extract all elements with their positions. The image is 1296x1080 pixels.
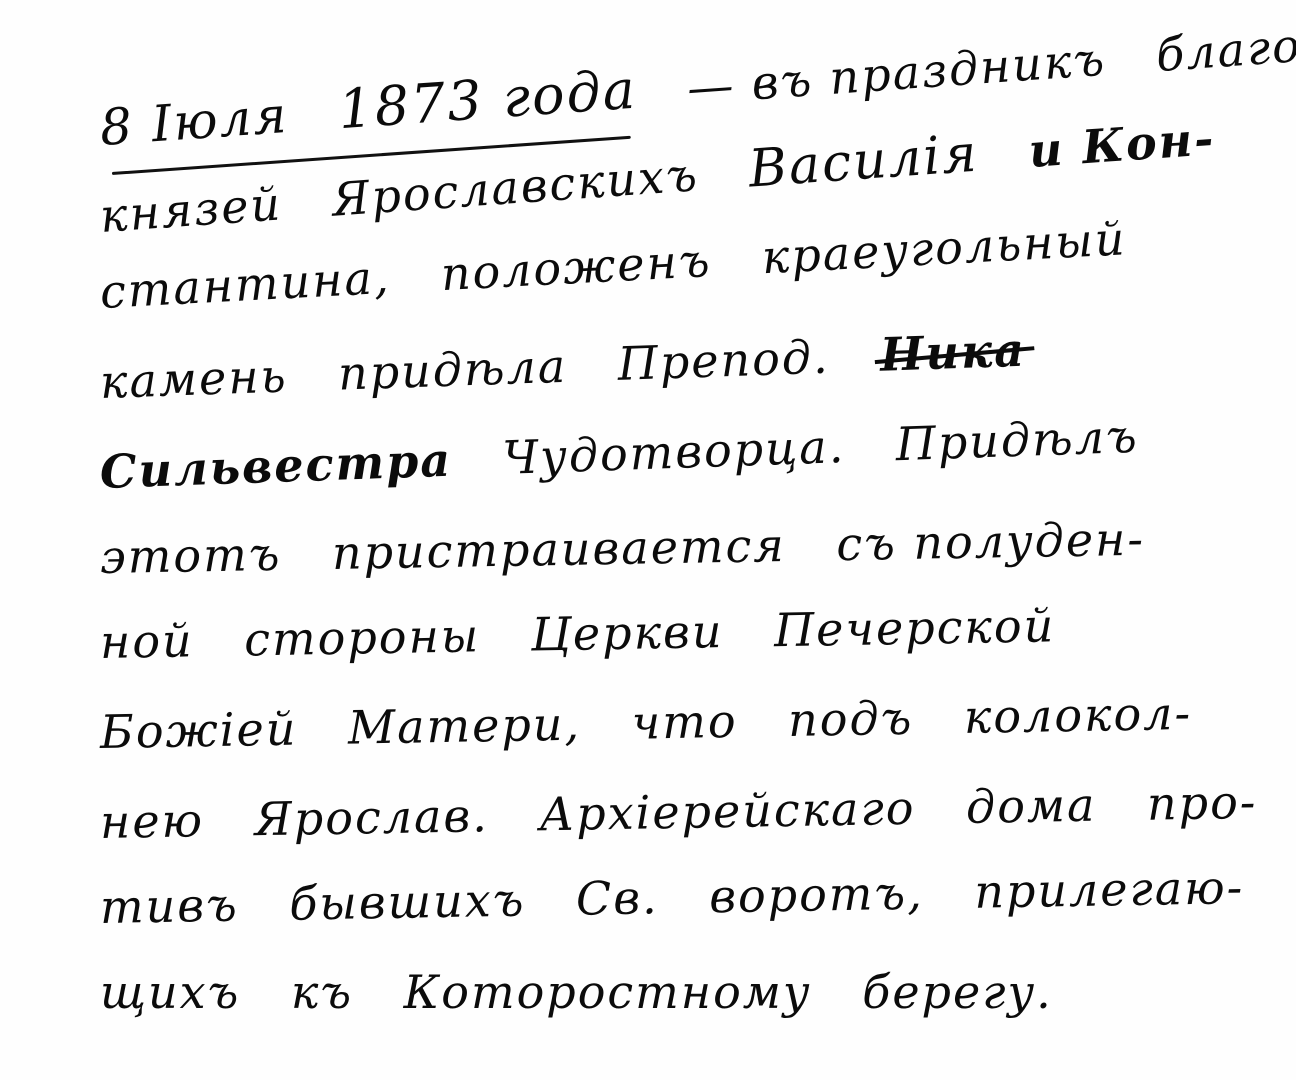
manuscript-line-8: Божіей Матери, что подъ колокол- [100, 685, 1227, 759]
manuscript-line-10: тивъ бывшихъ Св. воротъ, прилегаю- [100, 859, 1279, 934]
line-word: камень [99, 348, 288, 409]
line-word: Чудотворца. [502, 419, 846, 485]
line-word: Сильвестра [99, 433, 453, 499]
line-word: 1873 года [336, 58, 638, 142]
struck-word: Ника [879, 323, 1027, 382]
line-word: дома [966, 778, 1097, 834]
line-word: придѣла [337, 339, 568, 401]
line-word: положенъ [439, 233, 712, 301]
line-word: Св. [576, 870, 660, 925]
line-word: тивъ [100, 878, 240, 934]
line-word: Печерской [774, 598, 1056, 657]
line-word: Ярослав. [254, 788, 489, 846]
line-word: ной [100, 613, 195, 669]
manuscript-line-11: щихъ къ Которостному берегу. [100, 965, 1087, 1019]
manuscript-line-7: ной стороны Церкви Печерской [100, 598, 1090, 669]
line-word: про- [1147, 775, 1258, 831]
line-word: пристраивается [331, 518, 786, 580]
line-word: благов: [1154, 15, 1296, 82]
manuscript-line-6: этотъ пристраивается съ полуден- [100, 511, 1180, 584]
line-word: что [631, 694, 738, 750]
manuscript-line-4: камень придѣла Препод. Ника [99, 321, 1061, 408]
line-word: нею [100, 793, 205, 849]
line-word: стантина, [99, 250, 392, 319]
line-word: Матери, [347, 697, 581, 755]
line-word: этотъ [100, 527, 282, 584]
line-word: бывшихъ [289, 873, 526, 931]
line-word: Которостному [404, 965, 812, 1019]
line-word: стороны [244, 608, 481, 666]
line-word: Архіерейскаго [539, 781, 916, 842]
manuscript-line-5: Сильвестра Чудотворца. Придѣлъ [99, 408, 1173, 499]
manuscript-line-9: нею Ярослав. Архіерейскаго дома про- [100, 774, 1292, 849]
line-word: прилегаю- [974, 860, 1245, 919]
line-word: щихъ [100, 965, 240, 1019]
line-word: краеугольный [760, 211, 1127, 284]
line-word: — въ праздникъ [685, 32, 1107, 115]
line-word: колокол- [963, 686, 1192, 744]
line-word: Церкви [530, 604, 724, 661]
line-word: воротъ, [709, 866, 924, 924]
line-word: Божіей [100, 702, 298, 759]
line-word: Препод. [617, 330, 831, 391]
line-word: Василія [747, 124, 981, 200]
line-word: 8 Іюля [98, 86, 290, 157]
line-word: Ярославскихъ [330, 147, 700, 226]
manuscript-page: 8 Іюля 1873 года — въ праздникъ благов: … [0, 0, 1296, 1080]
line-word: съ полуден- [836, 512, 1145, 571]
line-word: Придѣлъ [895, 409, 1140, 471]
line-word: берегу. [862, 965, 1053, 1019]
line-word: князей [98, 176, 283, 243]
line-word: и Кон- [1027, 111, 1217, 178]
line-word: къ [291, 965, 353, 1019]
line-word: подъ [788, 691, 914, 747]
